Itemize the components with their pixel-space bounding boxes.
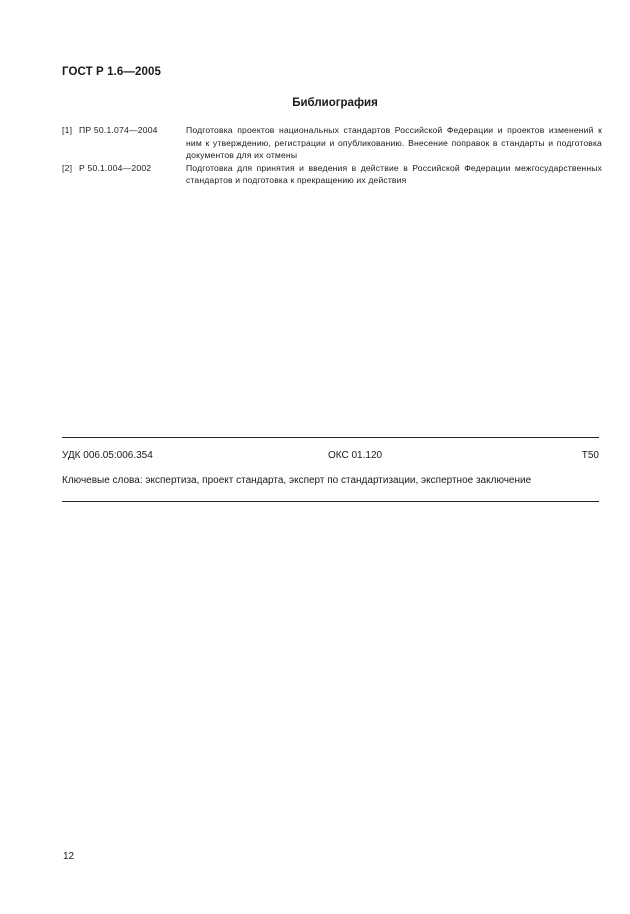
oks-code: ОКС 01.120 (328, 450, 382, 461)
document-header: ГОСТ Р 1.6—2005 (62, 66, 161, 78)
bibliography-title: Библиография (0, 97, 630, 109)
group-code: Т50 (582, 450, 599, 461)
bibliography-description: Подготовка проектов национальных стандар… (186, 124, 602, 162)
bibliography-ref: [2]Р 50.1.004—2002 (62, 162, 186, 187)
keywords: Ключевые слова: экспертиза, проект станд… (62, 475, 602, 486)
bibliography-number: [2] (62, 162, 79, 175)
udk-code: УДК 006.05:006.354 (62, 450, 153, 461)
bibliography-list: [1]ПР 50.1.074—2004 Подготовка проектов … (62, 124, 602, 187)
classification-row: УДК 006.05:006.354 ОКС 01.120 Т50 (62, 450, 599, 461)
bibliography-ref: [1]ПР 50.1.074—2004 (62, 124, 186, 162)
bibliography-entry: [2]Р 50.1.004—2002 Подготовка для принят… (62, 162, 602, 187)
bibliography-ref-code: Р 50.1.004—2002 (79, 163, 151, 173)
divider-bottom (62, 501, 599, 502)
page-number: 12 (63, 851, 74, 862)
divider-top (62, 437, 599, 438)
bibliography-ref-code: ПР 50.1.074—2004 (79, 125, 158, 135)
bibliography-number: [1] (62, 124, 79, 137)
bibliography-entry: [1]ПР 50.1.074—2004 Подготовка проектов … (62, 124, 602, 162)
bibliography-description: Подготовка для принятия и введения в дей… (186, 162, 602, 187)
